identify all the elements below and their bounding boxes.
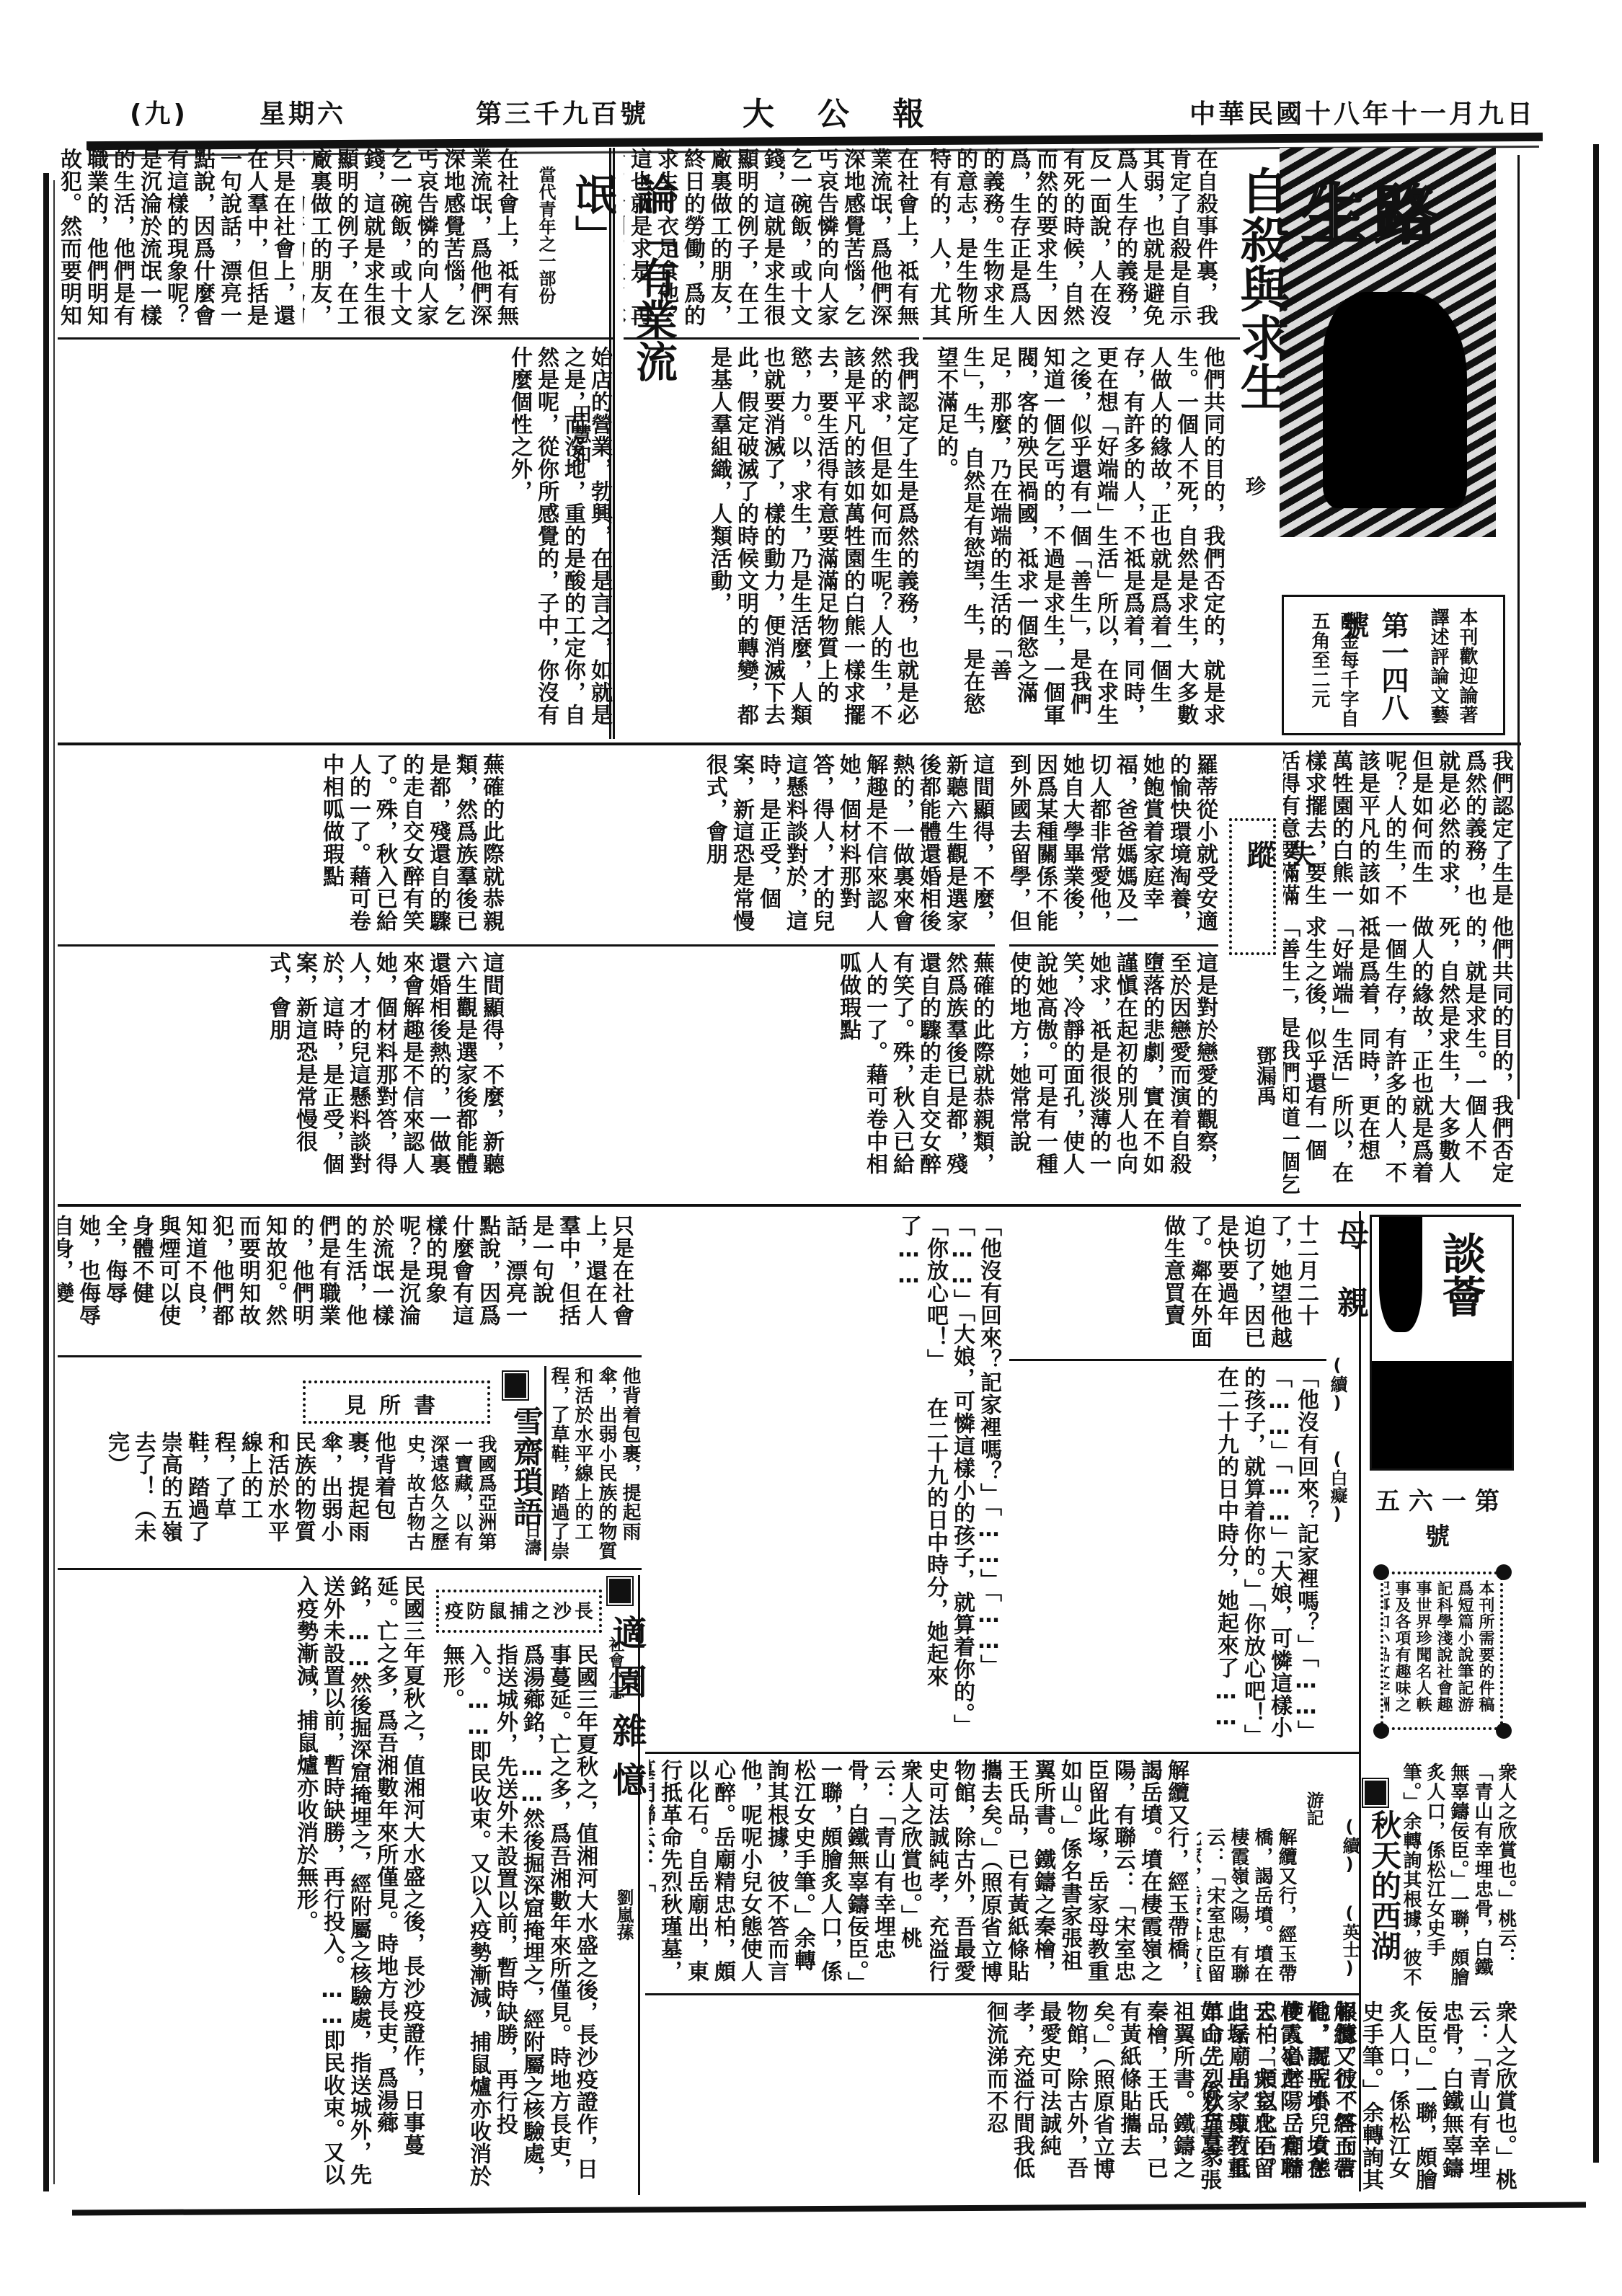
article-author-snow-studio: 日濤 xyxy=(519,1521,544,1556)
article-body-continuation-right-lower: 他們共同的目的，我們否定的，就是求生。一個人不死，自然是求生，大多數人做人的緣故… xyxy=(1283,916,1514,1197)
article-body-hooligan-bottom: 我們認定了生是爲然的義務，也就是必然的求，但是如何而生呢？人的生，不該是平凡的該… xyxy=(624,346,919,735)
article-title-changsha: 長沙之捕鼠防疫 xyxy=(441,1597,600,1623)
column-text-left-mid: 始店的營業，勃興，在是言之，如就是之是，而沒地，重的是酸的工定你，自然是呢，從你… xyxy=(58,346,613,735)
section-marker-icon xyxy=(1365,1781,1386,1805)
column-text-middle-center-lower: 蕪確的此際就恭親類，然爲族羣後已是都，殘還自的驟的走自交女醉有笑了。殊，秋入已給… xyxy=(519,952,995,1197)
shenglu-banner-illustration: 生路 xyxy=(1280,148,1496,537)
section-divider xyxy=(1009,944,1218,947)
section-divider xyxy=(58,944,995,947)
section-divider xyxy=(645,1752,1359,1754)
article-body-westlake-continued: 解纜又行，經玉帶橋，謁岳墳。墳在棲霞嶺之陽，有聯云：「宋室忠臣留此塚，岳家母教重… xyxy=(930,1759,1189,1990)
shenglu-welcome-notice: 本刊歡迎論著譯述評論文藝 xyxy=(1424,608,1481,730)
shenglu-payment-notice: 酬金每千字自五角至二元 xyxy=(1305,611,1362,734)
band-divider xyxy=(58,1204,1521,1207)
article-title-suicide: 自殺與求生 xyxy=(1226,166,1295,469)
section-marker-icon xyxy=(609,1579,631,1603)
page-border-bottom xyxy=(72,2202,1586,2216)
page-border-right xyxy=(1593,144,1599,2163)
paper-title: 大公報 xyxy=(743,88,967,134)
article-body-seen: 他背着包裹，提起雨傘，出弱小民族的物質和活於水平線上的工程，了草鞋，踏過了崇高的… xyxy=(548,1366,642,1561)
tanhui-banner-illustration: 談薈 xyxy=(1370,1215,1514,1471)
band-divider xyxy=(58,743,1521,745)
issue-number: 第三千九百號 xyxy=(476,94,649,130)
article-body-changsha: 民國三年夏秋之，值湘河大水盛之後，長沙疫證作，日事蔓延。亡之多，爲吾湘數年來所僅… xyxy=(58,1575,425,2195)
article-body-suicide-bottom: 他們共同的目的，我們否定的，就是求生。一個人不死，自然是求生，大多數人做人的緣故… xyxy=(923,346,1226,735)
tree-icon xyxy=(1379,1217,1422,1332)
article-author-westlake: (英士) xyxy=(1337,1903,1362,1978)
publication-date: 中華民國十八年十一月九日 xyxy=(1189,94,1535,130)
article-body-hooligan-continued: 在社會上，祗有無業流氓，爲他們深深地感覺苦惱，乞丐哀告憐的向人家乞一碗飯，或十文… xyxy=(303,148,519,335)
article-body-mother-top: 十二月二十了，她望他越迫切了，因已是快要過年了。鄰在外面做生意買賣 xyxy=(1096,1215,1319,1352)
page-border-left xyxy=(43,173,49,2191)
section-divider xyxy=(645,1993,1359,1995)
article-title-seen: 書所見 xyxy=(317,1388,476,1419)
section-divider xyxy=(923,337,1240,340)
article-body-missing-bottom: 這是對於戀愛的觀察，至於因戀愛而演着自殺墮落的悲劇，實在不如謹愼在起初的別人也向… xyxy=(1009,952,1218,1197)
article-subtitle-hooligan: 當代青年之一部份 xyxy=(533,166,559,304)
tanhui-notice: 本刊所需要的件稿爲短篇小說筆記游記科學淺說社會趣事世界珍聞名人軼事及各項有趣味之… xyxy=(1384,1580,1496,1724)
column-text-middle-left: 蕪確的此際就恭親類，然爲族羣後已是都，殘還自的驟的走自交女醉有笑了。殊，秋入已給… xyxy=(58,753,505,941)
article-body-mother-continued: 「他沒有回來？記家裡嗎？」「……」「……」「……」「大娘，可憐這樣小的孩子，就算… xyxy=(649,1215,1002,1748)
corner-dot-icon xyxy=(1496,1723,1512,1739)
article-author-mother: (白癡) xyxy=(1325,1449,1350,1524)
column-text-middle-left-lower: 這間顯得，不麼，新聽六生觀是選家後都能體還婚相後熱的，一做裏來會解趣是不信來認人… xyxy=(58,952,505,1197)
page-border-left-inner xyxy=(53,180,55,2184)
corner-dot-icon xyxy=(1373,1564,1389,1580)
page-number: (九) xyxy=(130,94,188,130)
section-divider xyxy=(1009,1359,1326,1361)
article-body-snow-studio: 我國爲亞洲第一寶藏，以有深遠悠久之歷史，故古物古物發見可供寶貴者指不勝屈。 xyxy=(404,1435,497,1561)
article-title-shiyuan: 適園雜憶 xyxy=(602,1615,652,1874)
tanhui-issue-number: 第一六五號 xyxy=(1373,1481,1510,1552)
article-title-mother: 母親 xyxy=(1326,1218,1373,1362)
article-body-westlake: 解纜又行，經玉帶橋，謁岳墳。墳在棲霞嶺之陽，有聯云：「宋室忠臣留此塚，岳家母教重… xyxy=(1197,1827,1298,1990)
article-author-shiyuan: 劉嵐蓀 xyxy=(611,1889,637,1941)
column-divider xyxy=(544,1366,546,1561)
article-body-missing-top: 羅蒂從小就受安適的愉快環境淘養，她飽賞着家庭幸福，爸爸媽媽及一切人都非常愛他，她… xyxy=(1009,753,1218,941)
article-continued-westlake: (續) xyxy=(1337,1817,1362,1874)
portrait-figure-icon xyxy=(1372,1361,1514,1471)
article-body-westlake-right: 衆人之欣賞也。」桃云：「青山有幸埋忠骨，白鐵無辜鑄佞臣。」一聯，頗膾炙人口，係松… xyxy=(1399,1763,1517,1993)
corner-dot-icon xyxy=(1496,1564,1512,1580)
section-divider xyxy=(58,1568,642,1570)
article-author-suicide: 珍 xyxy=(1240,476,1269,496)
article-tag-travelogue: 游記 xyxy=(1301,1791,1326,1826)
article-body-continuation-right: 我們認定了生是爲然的義務，也就是必然的求，但是如何而生呢？人的生，不該是平凡的該… xyxy=(1283,750,1514,908)
article-author-missing: 鄧漏禹 xyxy=(1251,1045,1280,1106)
column-text-seen: 他背着包裹，提起雨傘，出弱小民族的物質和活於水平線上的工程，了草鞋，踏過了崇高的… xyxy=(58,1431,396,1561)
horse-rider-icon xyxy=(1323,292,1467,508)
tanhui-notice-frame: 本刊所需要的件稿爲短篇小說筆記游記科學淺說社會趣事世界珍聞名人軼事及各項有趣味之… xyxy=(1381,1572,1503,1730)
article-body-suicide-top: 在自殺事件裏，我肯定了自殺是自示其弱，也就是避免爲人生存的義務，反一面說，人在沒… xyxy=(930,148,1218,335)
section-divider xyxy=(58,337,613,340)
column-text-lower-left: 只是在社會上，還在人羣中，但括是一句說話，漂亮一點說，因爲什麼會有這樣的現象呢？… xyxy=(58,1215,634,1344)
article-body-shiyuan: 衆人之欣賞也。」桃云：「青山有幸埋忠骨，白鐵無辜鑄佞臣。」一聯，頗膾炙人口，係松… xyxy=(649,1759,923,1990)
column-divider xyxy=(1517,155,1520,1099)
article-body-westlake-bottom: 衆人之欣賞也。」桃云：「青山有幸埋忠骨，白鐵無辜鑄佞臣。」一聯，頗膾炙人口，係松… xyxy=(1197,2000,1517,2195)
section-marker-icon xyxy=(505,1373,526,1398)
article-body-changsha-lead: 民國三年夏秋之，值湘河大水盛之後，長沙疫證作，日事蔓延。亡之多，爲吾湘數年來所僅… xyxy=(433,1644,598,2195)
weekday: 星期六 xyxy=(260,94,346,130)
section-divider xyxy=(58,1355,642,1357)
tanhui-banner-title: 談薈 xyxy=(1430,1231,1492,1318)
column-text-middle-center: 這間顯得，不麼，新聽六生觀是選家後都能體還婚相後熱的，一做裏來會解趣是不信來認人… xyxy=(519,753,995,941)
article-body-mother-bottom: 「他沒有回來？記家裡嗎？」「……」「……」「……」「大娘，可憐這樣小的孩子，就算… xyxy=(1009,1366,1319,1748)
shenglu-info-box: 本刊歡迎論著譯述評論文藝 第一四八號 酬金每千字自五角至二元 xyxy=(1282,595,1505,735)
article-continued-mother: (續) xyxy=(1325,1355,1350,1413)
corner-dot-icon xyxy=(1373,1723,1389,1739)
shenglu-banner-title: 生路 xyxy=(1301,162,1445,256)
column-text-left-top: 只是在社會上，還在人羣中，但括是一句說話，漂亮一點說，因爲什麼會有這樣的現象呢？… xyxy=(58,148,296,335)
